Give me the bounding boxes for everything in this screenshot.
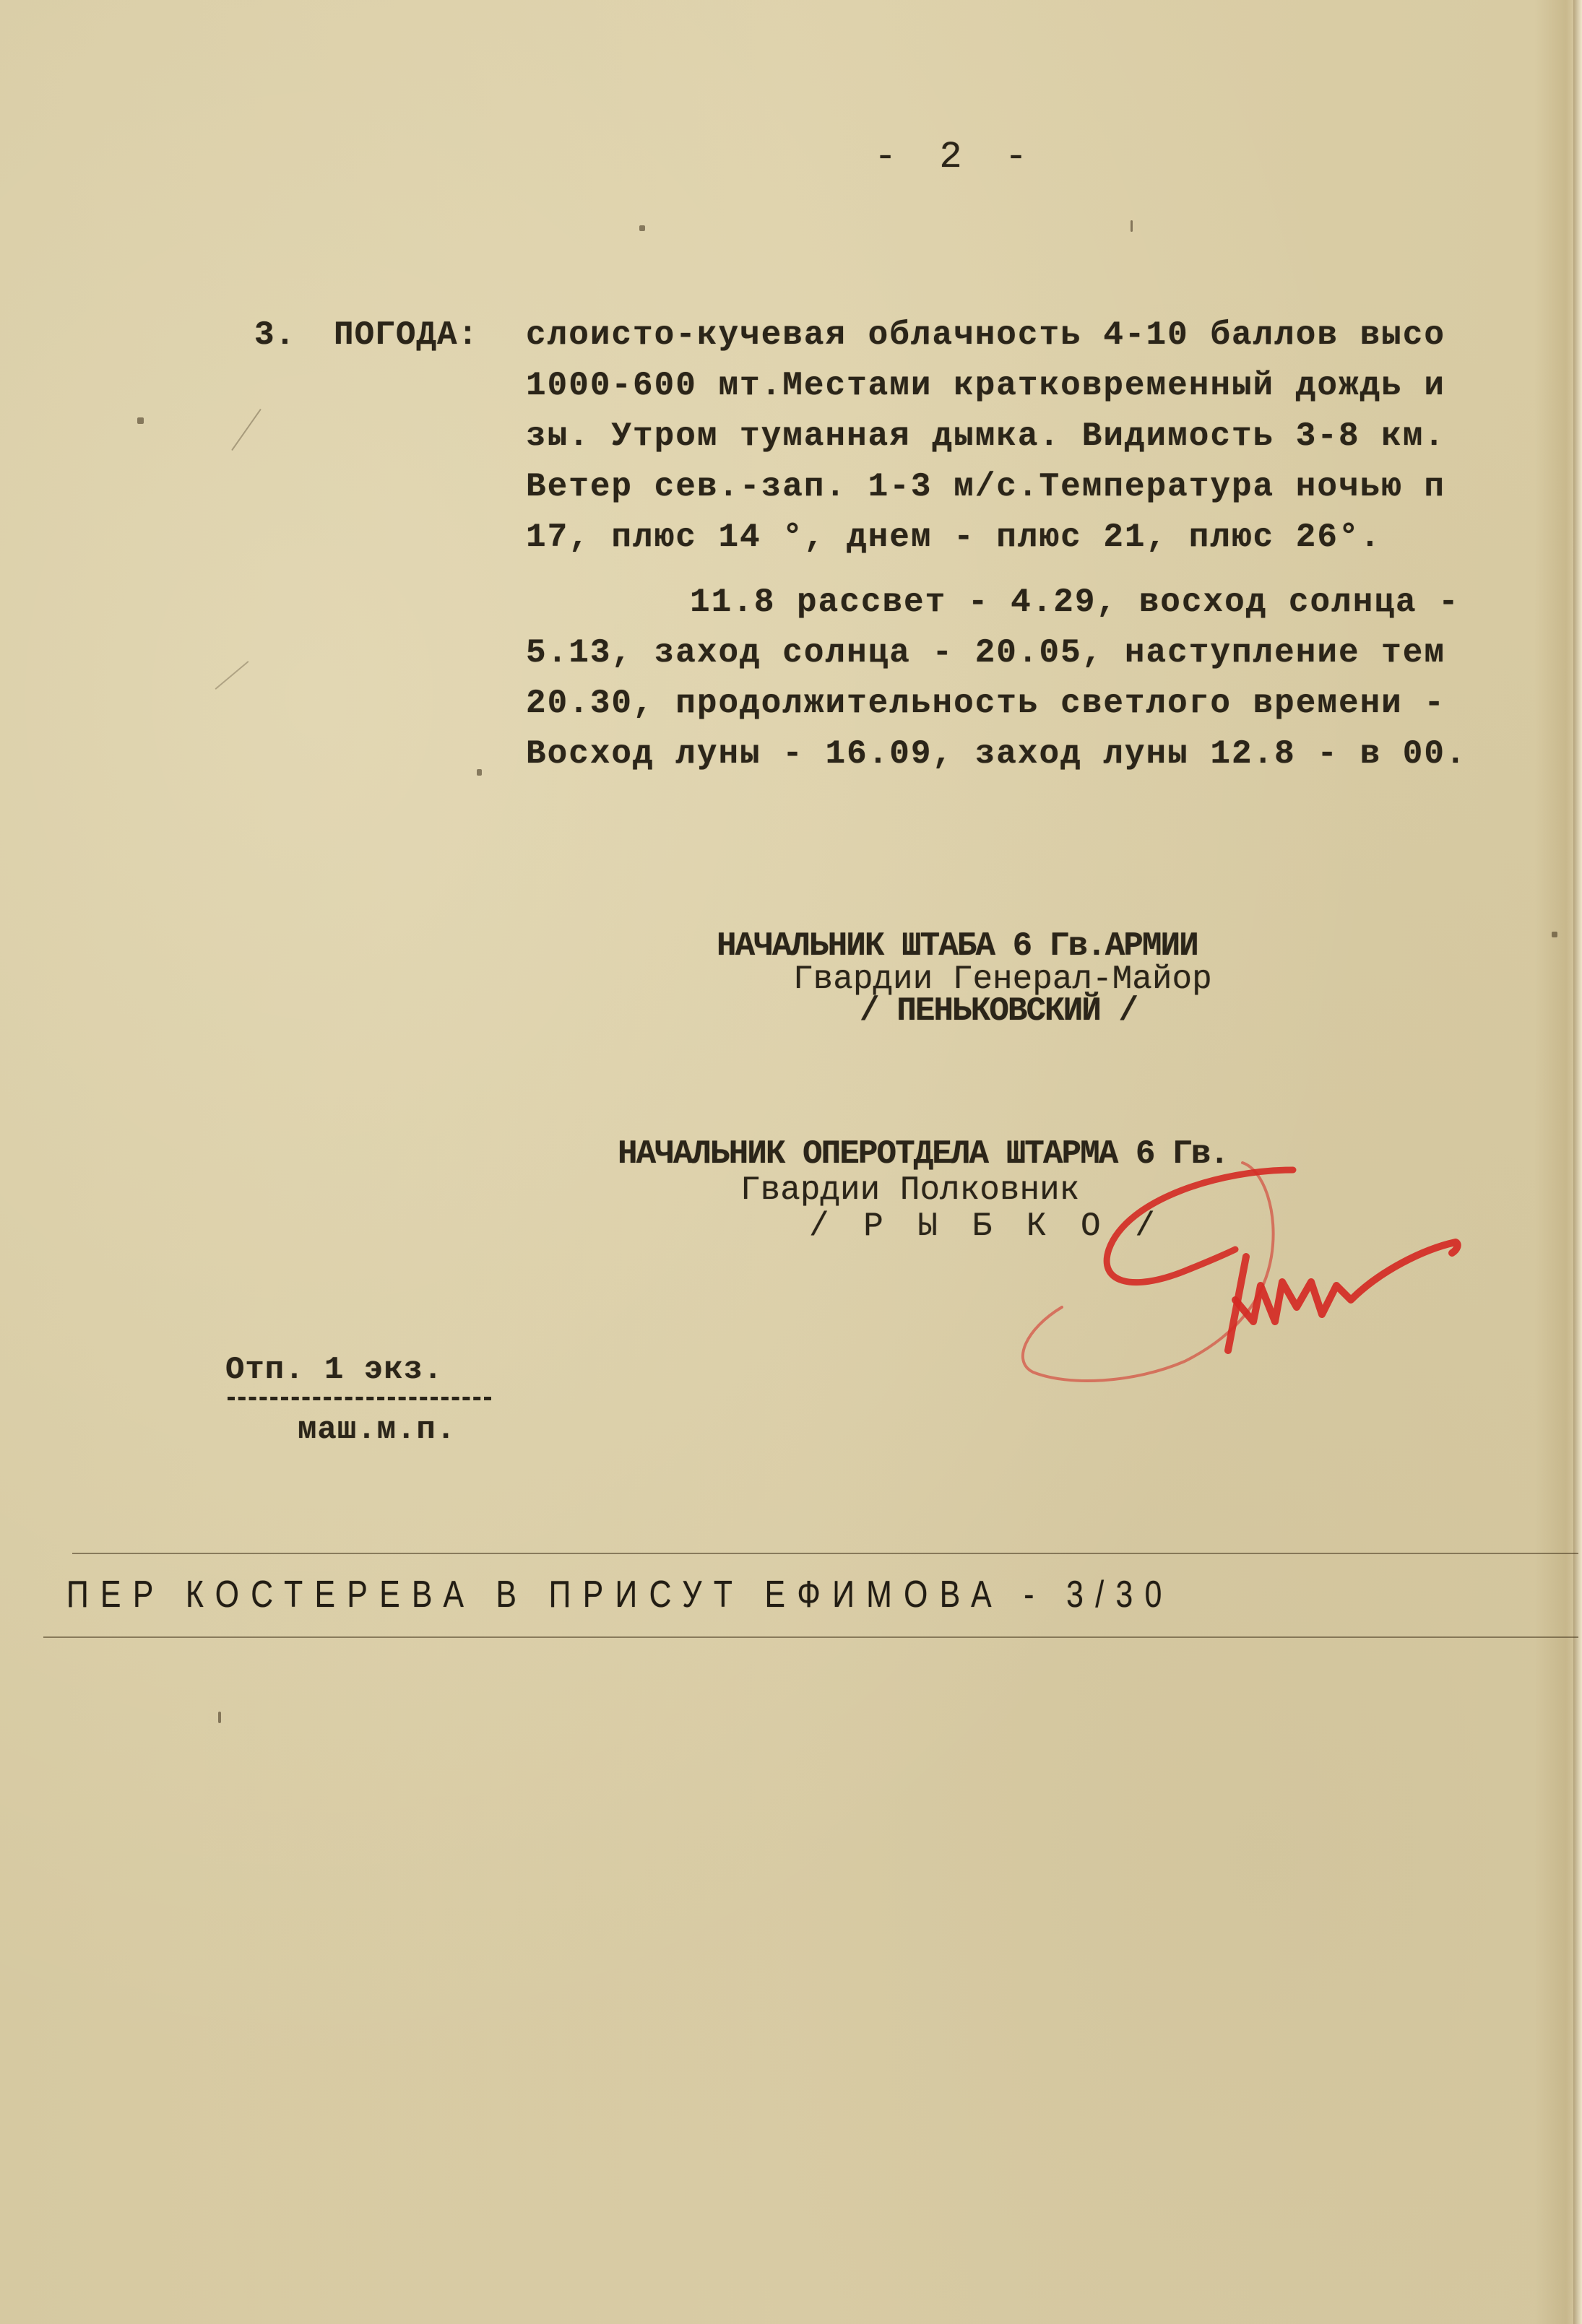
- weather-line: зы. Утром туманная дымка. Видимость 3-8 …: [526, 417, 1445, 455]
- typist-initials: маш.м.п.: [298, 1412, 456, 1448]
- ink-speck: [477, 769, 482, 776]
- ink-speck: [218, 1712, 221, 1723]
- ink-speck: [1552, 932, 1557, 937]
- pencil-mark: [231, 409, 261, 451]
- handwritten-signature-icon: [1004, 1156, 1466, 1394]
- weather-line: 1000-600 мт.Местами кратковременный дожд…: [526, 367, 1445, 404]
- astro-line: 20.30, продолжительность светлого времен…: [526, 685, 1445, 722]
- astro-line: Восход луны - 16.09, заход луны 12.8 - в…: [526, 735, 1467, 773]
- section-number: 3.: [254, 316, 295, 354]
- transmission-note: ПЕР КОСТЕРЕВА В ПРИСУТ ЕФИМОВА - 3/30: [66, 1573, 1174, 1616]
- ink-speck: [137, 417, 144, 424]
- paper-right-edge: [1573, 0, 1582, 2324]
- astro-line: 5.13, заход солнца - 20.05, наступление …: [526, 634, 1445, 672]
- weather-line: Ветер сев.-зап. 1-3 м/с.Температура ночь…: [526, 468, 1445, 506]
- pencil-mark: [215, 661, 248, 690]
- astro-line: 11.8 рассвет - 4.29, восход солнца -: [690, 584, 1460, 621]
- rule-bottom: [43, 1636, 1578, 1638]
- copy-count: Отп. 1 экз.: [225, 1352, 443, 1388]
- signature-title: НАЧАЛЬНИК ШТАБА 6 Гв.АРМИИ: [717, 927, 1198, 965]
- rule-top: [72, 1553, 1578, 1554]
- ink-speck: [1131, 220, 1133, 232]
- weather-line: слоисто-кучевая облачность 4-10 баллов в…: [526, 316, 1445, 354]
- section-label-weather: ПОГОДА:: [334, 316, 478, 354]
- signature-name: / ПЕНЬКОВСКИЙ /: [860, 992, 1137, 1030]
- weather-line: 17, плюс 14 °, днем - плюс 21, плюс 26°.: [526, 519, 1381, 556]
- ink-speck: [639, 225, 645, 231]
- page-number: - 2 -: [874, 136, 1037, 178]
- dashed-underline: [228, 1397, 491, 1400]
